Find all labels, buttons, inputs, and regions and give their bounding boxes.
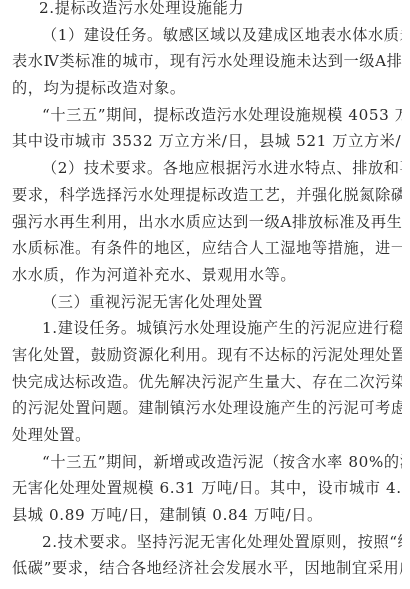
text-line: 县城 0.89 万吨/日，建制镇 0.84 万吨/日。 (12, 502, 402, 529)
paragraph-upgrade-scale: “十三五”期间，提标改造污水处理设施规模 4053 万立方米/日， 其中设市城市… (12, 102, 402, 155)
text-line: 低碳”要求，结合各地经济社会发展水平，因地制宜采用成熟的污 (12, 555, 402, 582)
text-line: 1.建设任务。城镇污水处理设施产生的污泥应进行稳定化、无 (12, 315, 402, 342)
paragraph-sludge-technical-requirements: 2.技术要求。坚持污泥无害化处理处置原则，按照“绿色、循环、 低碳”要求，结合各… (12, 529, 402, 582)
text-line: 强污水再生利用，出水水质应达到一级A排放标准及再生利用相应 (12, 209, 402, 236)
text-line: （1）建设任务。敏感区域以及建成区地表水体水质未达到地 (12, 22, 402, 49)
text-line: “十三五”期间，提标改造污水处理设施规模 4053 万立方米/日， (12, 102, 402, 129)
text-line: 害化处置，鼓励资源化利用。现有不达标的污泥处理处置设施应加 (12, 342, 402, 369)
text-line: 处理处置。 (12, 422, 402, 449)
paragraph-technical-requirements: （2）技术要求。各地应根据污水进水特点、排放和再生利用 要求，科学选择污水处理提… (12, 155, 402, 288)
text-line: “十三五”期间，新增或改造污泥（按含水率 80%的湿污泥计） (12, 449, 402, 476)
text-line: （2）技术要求。各地应根据污水进水特点、排放和再生利用 (12, 155, 402, 182)
paragraph-sludge-construction-task: 1.建设任务。城镇污水处理设施产生的污泥应进行稳定化、无 害化处置，鼓励资源化利… (12, 315, 402, 448)
section-heading-sludge-disposal: （三）重视污泥无害化处理处置 (12, 289, 402, 316)
text-line: 表水Ⅳ类标准的城市，现有污水处理设施未达到一级A排放标准 (12, 48, 402, 75)
text-line: 快完成达标改造。优先解决污泥产生量大、存在二次污染隐患地区 (12, 369, 402, 396)
paragraph-construction-task: （1）建设任务。敏感区域以及建成区地表水体水质未达到地 表水Ⅳ类标准的城市，现有… (12, 22, 402, 102)
text-line: 无害化处理处置规模 6.31 万吨/日。其中，设市城市 4.57 万吨/日， (12, 475, 402, 502)
text-line: 要求，科学选择污水处理提标改造工艺，并强化脱氮除磷能力，加 (12, 182, 402, 209)
text-line: 的污泥处置问题。建制镇污水处理设施产生的污泥可考虑统筹集中 (12, 395, 402, 422)
text-line: 水水质，作为河道补充水、景观用水等。 (12, 262, 402, 289)
paragraph-sludge-scale: “十三五”期间，新增或改造污泥（按含水率 80%的湿污泥计） 无害化处理处置规模… (12, 449, 402, 529)
text-line: 其中设市城市 3532 万立方米/日，县城 521 万立方米/日。 (12, 128, 402, 155)
section-heading-upgrade-capacity: 2.提标改造污水处理设施能力 (12, 0, 402, 22)
text-line: 的，均为提标改造对象。 (12, 75, 402, 102)
text-line: 2.技术要求。坚持污泥无害化处理处置原则，按照“绿色、循环、 (12, 529, 402, 556)
document-page: 2.提标改造污水处理设施能力 （1）建设任务。敏感区域以及建成区地表水体水质未达… (12, 0, 402, 582)
text-line: 水质标准。有条件的地区，应结合人工湿地等措施，进一步提高出 (12, 235, 402, 262)
